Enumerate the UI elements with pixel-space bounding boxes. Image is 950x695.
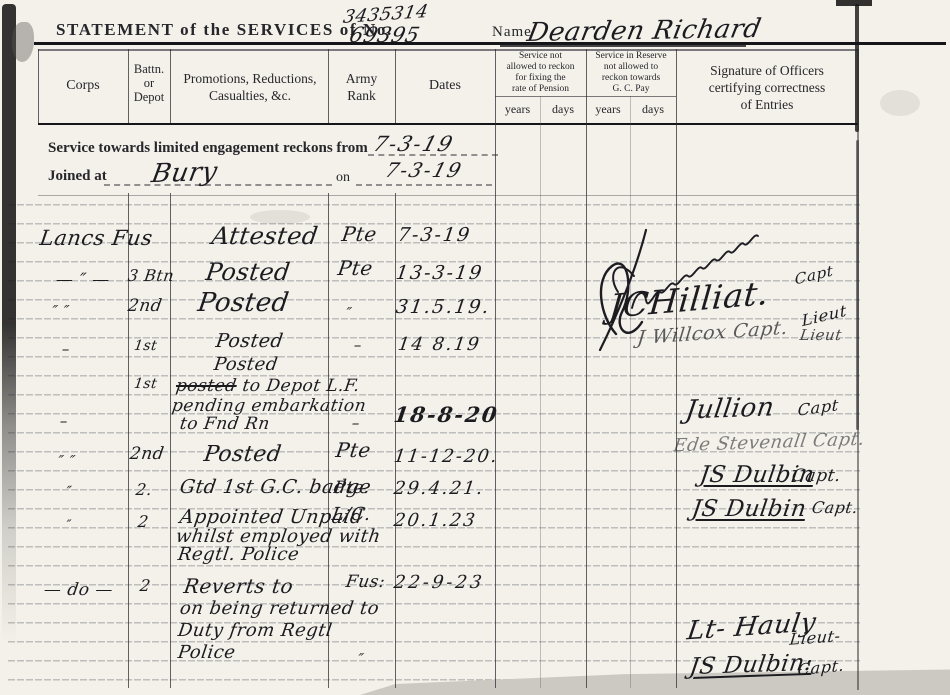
row-date: 18-8-20 [392, 402, 500, 427]
signature-rank: Lieut [799, 326, 843, 344]
row-promotion: on being returned to [179, 598, 381, 619]
row-rank: Pte. [333, 478, 372, 498]
col-line-reserve-split [630, 96, 631, 688]
row-promotion: Posted [214, 330, 284, 352]
service-reckons-underline [368, 154, 498, 156]
row-promotion: Posted [202, 442, 283, 467]
row-corps: — ″ — [55, 270, 111, 290]
paper-smudge [880, 90, 920, 116]
row-battn: 2 [137, 512, 150, 531]
row-promotion: posted to Depot L.F. [175, 376, 362, 396]
row-promotion: Police [177, 642, 237, 663]
row-date: 22-9-23 [393, 572, 486, 593]
row-battn: 2 [139, 576, 152, 595]
row-date: 11-12-20. [393, 446, 501, 467]
promotions-header: Promotions, Reductions, Casualties, &c. [172, 70, 328, 104]
scanned-service-record: { "header": { "number_written_above": "3… [0, 0, 950, 695]
struck-word: posted [175, 376, 238, 396]
signature-name: JS Dulbin [690, 496, 808, 522]
pension-header: Service not allowed to reckon for fixing… [495, 51, 586, 95]
pension-years-header: years [495, 102, 540, 117]
col-line-battn-promo [170, 49, 171, 123]
joined-date: 7-3-19 [383, 158, 466, 182]
reserve-header: Service in Reserve not allowed to reckon… [586, 51, 676, 95]
dates-header: Dates [395, 78, 495, 94]
row-date: 20.1.23 [393, 510, 479, 531]
row-rank: L/C. [331, 504, 373, 525]
signature-header: Signature of Officers certifying correct… [678, 62, 856, 113]
signature-rank: Lieut- [789, 626, 842, 648]
row-battn: 2. [135, 480, 154, 499]
row-rank: Pte [334, 438, 372, 462]
row-promotion: pending embarkation [171, 396, 368, 416]
header-top-line [38, 49, 858, 51]
col-line-pension-reserve [586, 49, 587, 688]
row-promotion: Duty from Regtl [177, 620, 334, 641]
row-rank: Pte [340, 222, 378, 246]
row-battn: 2nd [129, 444, 166, 464]
row-date: 7-3-19 [396, 224, 472, 246]
row-date: 14 8.19 [397, 334, 483, 355]
row-promotion: to Fnd Rn [179, 414, 272, 434]
pension-days-header: days [540, 102, 586, 117]
row-battn: 2nd [127, 296, 164, 316]
row-promotion: Posted [213, 354, 280, 375]
row-corps: ″ ″ [57, 452, 77, 470]
joined-date-underline [356, 184, 492, 186]
name-underline [500, 45, 746, 47]
row-promotion-text: to Depot L.F. [241, 376, 361, 396]
service-reckons-value: 7-3-19 [371, 132, 458, 156]
row-promotion: Reverts to [182, 574, 295, 598]
row-rank: Fus: [345, 572, 387, 592]
row-date: 29.4.21. [393, 478, 486, 499]
row-date: 31.5.19. [394, 296, 492, 318]
joined-at-label: Joined at [48, 168, 107, 185]
title-rule [34, 42, 946, 45]
scan-edge-left [2, 4, 16, 644]
scan-blotch-topleft [12, 22, 34, 62]
signature-rank: Capt. [811, 498, 860, 517]
battn-header: Battn. or Depot [128, 62, 170, 104]
col-line-pension-split [540, 96, 541, 688]
reserve-years-header: years [586, 102, 630, 117]
scan-edge-topright [836, 0, 872, 6]
row-date: 13-3-19 [394, 262, 484, 284]
row-corps: ″ ″ [51, 302, 71, 320]
table-right-border [857, 49, 859, 690]
row-promotion: Regtl. Police [177, 544, 301, 565]
army-rank-header: Army Rank [328, 70, 395, 104]
service-reckons-label: Service towards limited engagement recko… [48, 140, 368, 157]
signature-name: JS Dulbin: [688, 650, 815, 680]
row-promotion: Attested [210, 222, 320, 250]
col-line-reserve-signature [676, 49, 677, 688]
row-corps: — do — [43, 580, 115, 600]
header-bottom-rule [38, 123, 858, 125]
row-battn: 1st [133, 338, 158, 354]
corps-header: Corps [38, 78, 128, 94]
row-battn: 3 Btn [127, 266, 176, 285]
signature-rank: Capt. [791, 466, 843, 486]
on-label: on [336, 170, 350, 186]
reserve-days-header: days [630, 102, 676, 117]
row-promotion: Posted [196, 288, 291, 318]
col-line-dates-pension [495, 49, 496, 688]
pension-subheader-line [495, 96, 676, 97]
joined-place-underline [104, 184, 332, 186]
signature-name: Jullion [684, 392, 777, 425]
row-promotion: Posted [204, 258, 292, 286]
row-rank: Pte [336, 256, 374, 280]
row-corps: Lancs Fus [38, 226, 154, 250]
row-battn: 1st [133, 376, 158, 392]
